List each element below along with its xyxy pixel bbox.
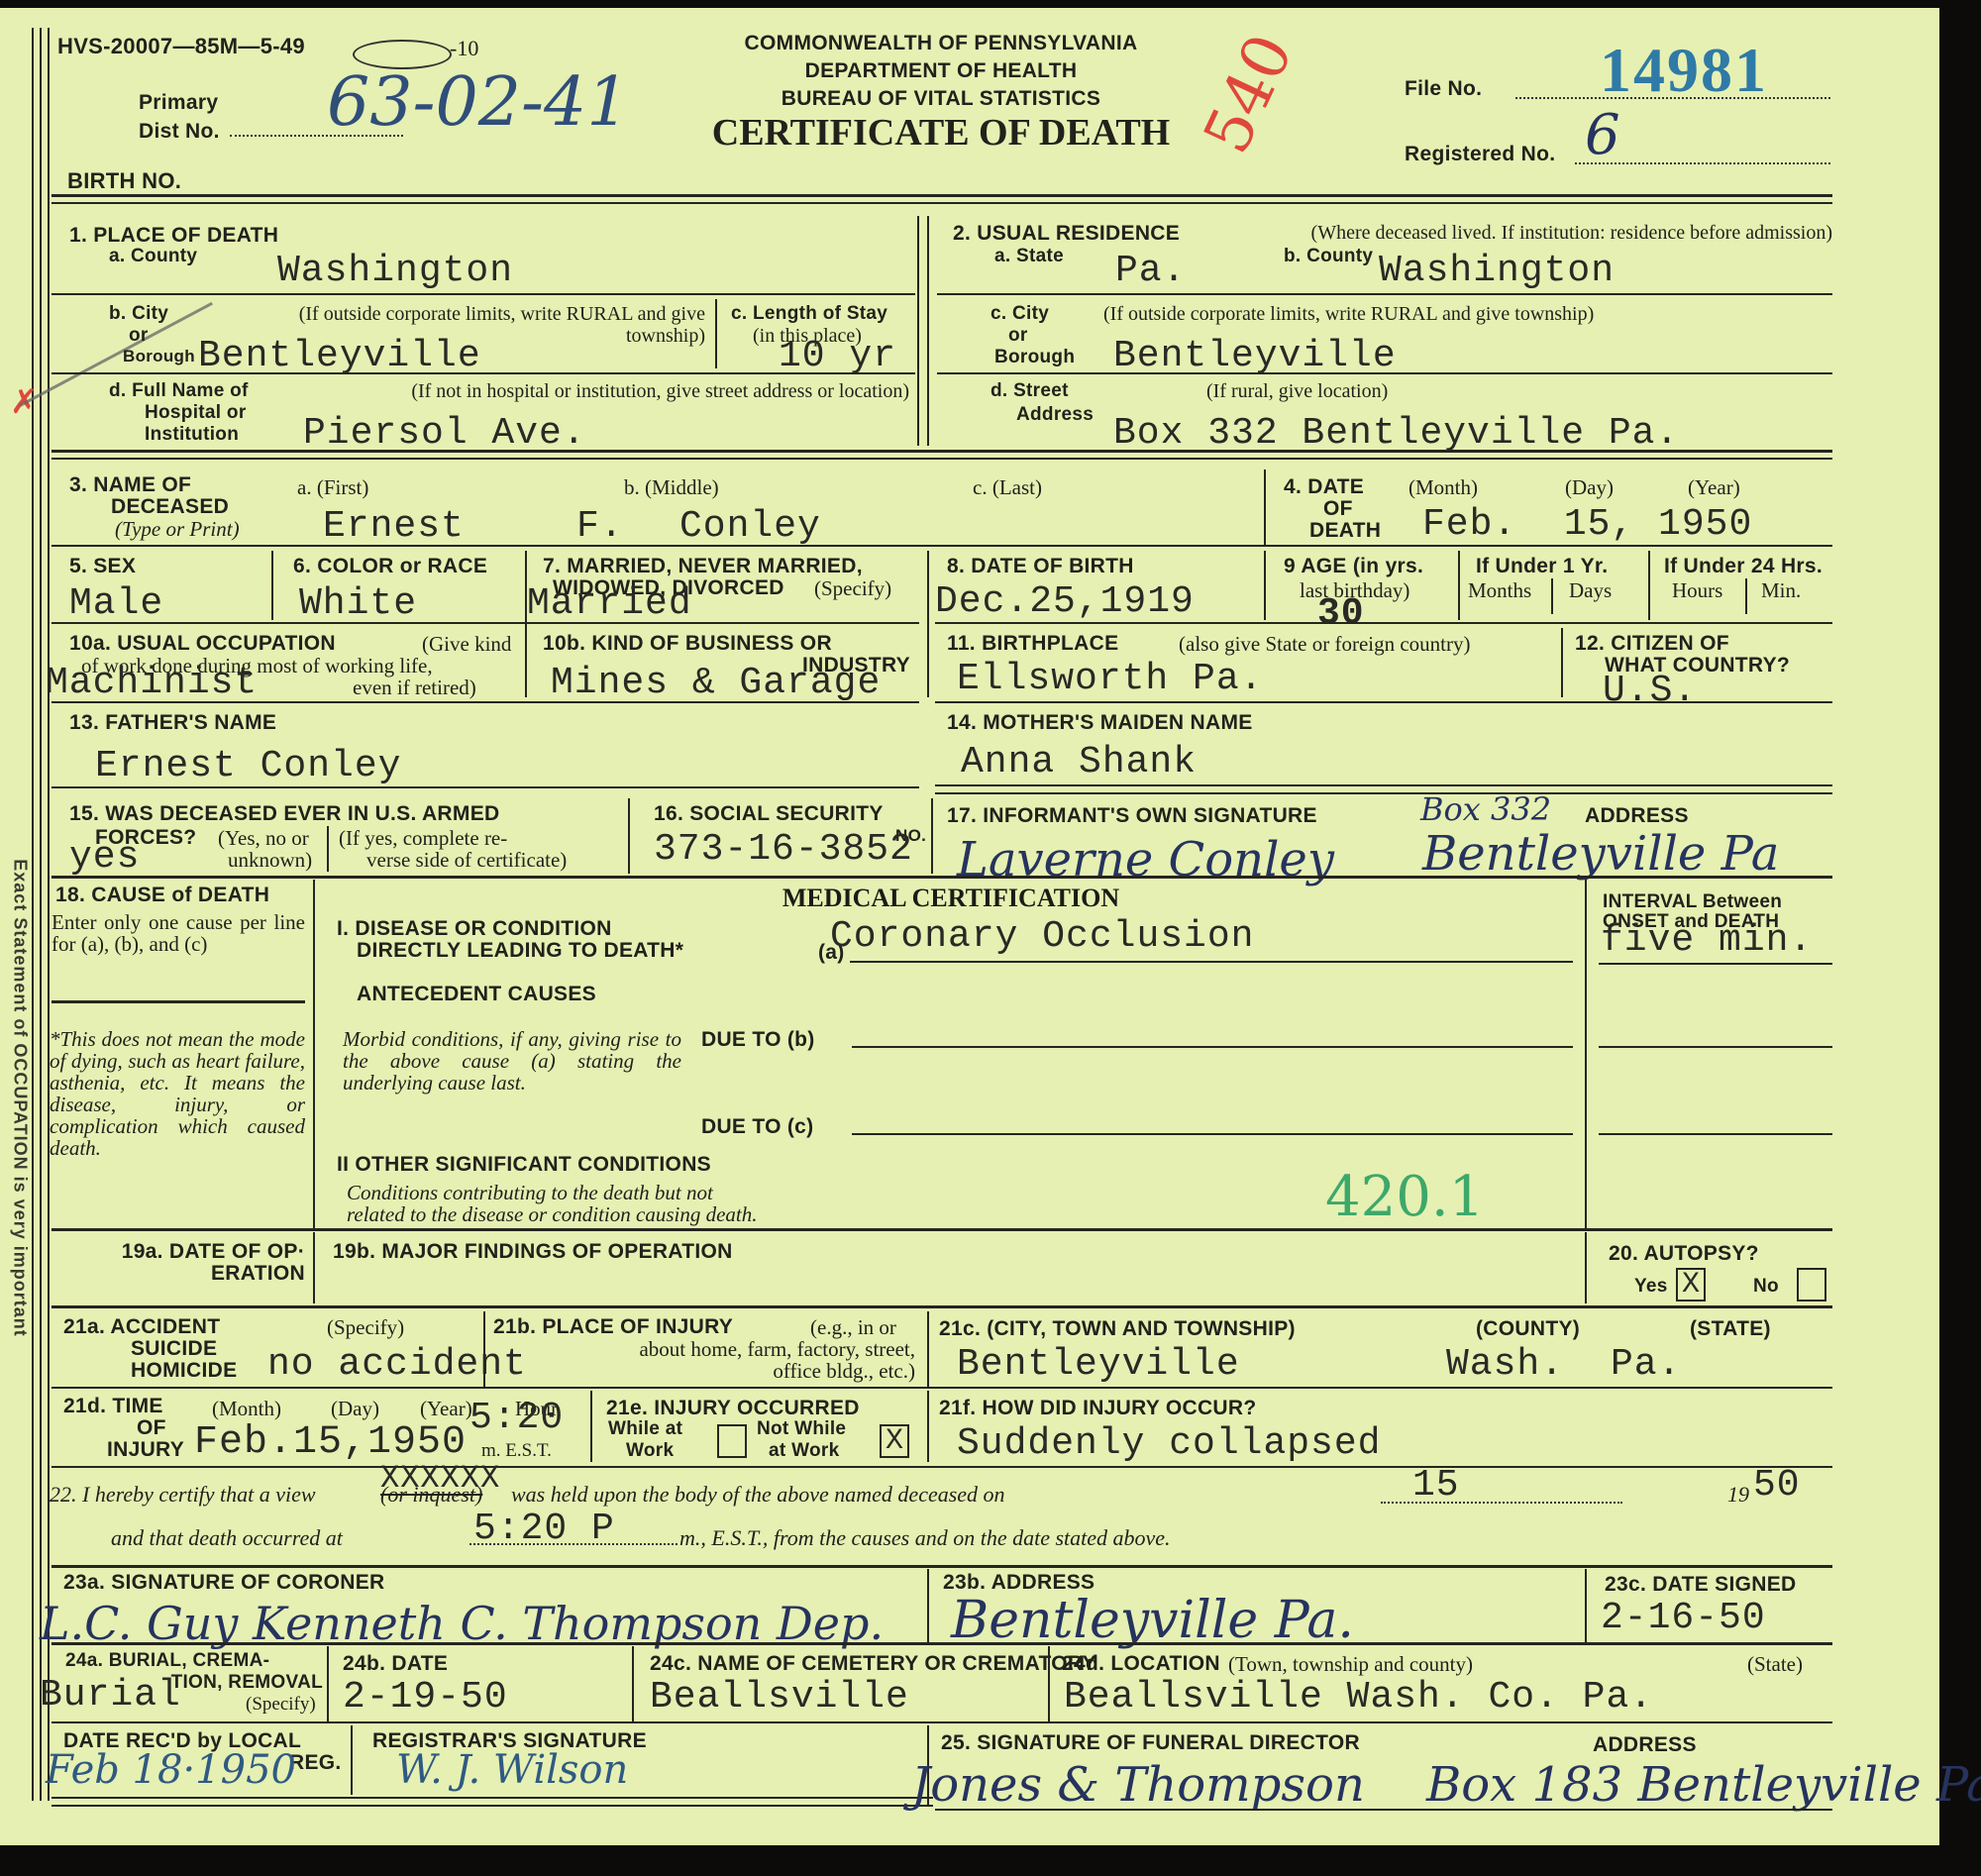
middle-name-label: b. (Middle) [624,475,719,500]
coroner-address[interactable]: Bentleyville Pa. [951,1591,1354,1650]
cause-footnote: *This does not mean the mode of dying, s… [50,1028,305,1159]
cell-divider [1585,1232,1587,1303]
cert-line-1a: 22. I hereby certify that a view [50,1482,316,1508]
antecedent-label: ANTECEDENT CAUSES [357,983,596,1006]
accident-label-2: SUICIDE [131,1337,217,1361]
res-city-hint: (If outside corporate limits, write RURA… [1103,303,1594,326]
injury-county[interactable]: Wash. [1446,1343,1564,1386]
cell-divider [1048,1646,1050,1721]
accident-specify: (Specify) [327,1315,404,1340]
row-rule [52,545,1832,547]
registered-no-label: Registered No. [1405,143,1555,166]
cell-divider [327,1646,329,1721]
cell-divider [931,798,933,874]
dod-label-2: OF [1323,497,1353,521]
autopsy-label: 20. AUTOPSY? [1609,1242,1759,1266]
informant-label: 17. INFORMANT'S OWN SIGNATURE [947,804,1317,828]
row-rule [935,622,1832,624]
while-at-work-checkbox[interactable] [717,1424,747,1458]
cemetery-name[interactable]: Beallsville [650,1676,909,1719]
hospital-label-2: Hospital or [145,402,247,424]
birthplace-hint: (also give State or foreign country) [1179,632,1471,657]
middle-name[interactable]: F. [576,505,624,548]
cell-divider [1648,551,1650,620]
title-line-1: COMMONWEALTH OF PENNSYLVANIA [693,32,1189,55]
injury-date[interactable]: Feb.15,1950 [194,1420,467,1465]
cert-line-1b: was held upon the body of the above name… [511,1482,1005,1508]
date-signed[interactable]: 2-16-50 [1601,1597,1766,1639]
burial-location[interactable]: Beallsville Wash. Co. Pa. [1064,1676,1653,1719]
burial-label-1: 24a. BURIAL, CREMA- [65,1650,269,1672]
autopsy-yes-checkbox[interactable]: X [1676,1268,1706,1302]
occupation-label: 10a. USUAL OCCUPATION [69,632,336,656]
father-label: 13. FATHER'S NAME [69,711,276,735]
row-rule [935,792,1832,794]
col-divider [917,216,919,446]
ssn-label: 16. SOCIAL SECURITY [654,802,884,826]
dod-month-label: (Month) [1408,475,1478,500]
occurred-label: 21e. INJURY OCCURRED [606,1397,860,1420]
cell-divider [927,1391,929,1462]
cell-divider [1745,578,1747,614]
occupation[interactable]: Machinist [46,662,258,704]
armed-hint-2: unknown) [228,848,312,873]
margin-instruction: Exact Statement of OCCUPATION is very im… [10,474,31,1722]
hospital-name[interactable]: Piersol Ave. [303,412,586,455]
cert-day[interactable]: 15 [1412,1464,1460,1507]
marital-specify: (Specify) [814,576,891,601]
title-line-2: DEPARTMENT OF HEALTH [693,59,1189,83]
not-while-label-2: at Work [769,1440,839,1462]
injury-state[interactable]: Pa. [1611,1343,1681,1386]
section-rule [52,1305,1832,1308]
age-value[interactable]: 30 [1317,592,1365,635]
time-day-label: (Day) [331,1397,379,1421]
file-no-label: File No. [1405,77,1482,101]
row-rule [937,372,1832,374]
armed-label-1: 15. WAS DECEASED EVER IN U.S. ARMED [69,802,499,826]
date-of-birth[interactable]: Dec.25,1919 [935,580,1195,623]
cert-line-2a: and that death occurred at [111,1525,343,1551]
time-injury-label-2: OF [137,1416,166,1440]
birthplace-label: 11. BIRTHPLACE [947,632,1118,656]
cell-divider [927,551,929,697]
injury-city[interactable]: Bentleyville [957,1343,1240,1386]
cell-divider [1585,1569,1587,1642]
sex-label: 5. SEX [69,555,136,578]
col-divider [927,216,929,446]
time-injury-label-3: INJURY [107,1438,184,1462]
burial-specify: (Specify) [246,1694,316,1716]
union-suffix: -10 [450,36,478,61]
res-borough-label: Borough [994,347,1075,368]
cause-a-line [850,961,1573,963]
op-findings-label: 19b. MAJOR FINDINGS OF OPERATION [333,1240,733,1264]
cause-a[interactable]: Coronary Occlusion [830,915,1254,958]
informant-signature[interactable]: Laverne Conley [957,832,1334,887]
while-work-label-2: Work [626,1440,674,1462]
cell-divider [1561,628,1563,697]
cell-divider [313,880,315,1228]
res-county-label: b. County [1284,246,1373,267]
location-hint: (Town, township and county) [1228,1652,1473,1677]
row-rule [52,622,919,624]
or-label: or [129,325,149,347]
cell-divider [313,1232,315,1303]
accident-type[interactable]: no accident [267,1343,527,1386]
hospital-label-3: Institution [145,424,239,446]
name-label-1: 3. NAME OF [69,473,191,497]
other-hint-2: related to the disease or condition caus… [347,1202,758,1227]
informant-box: Box 332 [1420,790,1551,828]
cell-divider [715,299,717,368]
cause-hint: Enter only one cause per line for (a), (… [52,911,305,955]
street-label-1: d. Street [990,380,1069,402]
race-value[interactable]: White [299,582,417,625]
cell-divider [927,1569,929,1642]
accident-label-3: HOMICIDE [131,1359,237,1383]
cell-divider [271,551,273,620]
informant-address[interactable]: Bentleyville Pa [1422,826,1779,882]
medical-heading: MEDICAL CERTIFICATION [693,884,1208,913]
margin-rule [48,28,50,1801]
row-rule [935,1809,1832,1811]
red-annotation: 540 [1191,24,1308,164]
row-rule [52,1466,1832,1468]
date-received[interactable]: Feb 18·1950 [46,1747,296,1793]
cell-divider [590,1391,592,1462]
funeral-director-label: 25. SIGNATURE OF FUNERAL DIRECTOR [941,1731,1360,1755]
autopsy-no-checkbox[interactable] [1797,1268,1826,1302]
death-certificate: Exact Statement of OCCUPATION is very im… [0,8,1939,1845]
interval-c-line [1599,1133,1832,1135]
time-month-label: (Month) [212,1397,281,1421]
min-label: Min. [1761,578,1801,603]
section-rule [52,1565,1832,1568]
row-rule [935,784,1832,786]
age-label-1: 9 AGE (in yrs. [1284,555,1423,578]
residence-county[interactable]: Washington [1379,250,1615,292]
funeral-director-address[interactable]: Box 183 Bentleyville Pa. [1426,1757,1981,1813]
interval-a-line [1599,963,1832,965]
funeral-address-label: ADDRESS [1593,1733,1697,1757]
city-label: b. City [109,303,168,325]
row-rule [52,701,919,703]
dist-label: Dist No. [139,120,220,144]
mother-name[interactable]: Anna Shank [961,741,1197,783]
autopsy-no-label: No [1753,1276,1779,1298]
residence-city[interactable]: Bentleyville [1113,335,1397,377]
section-rule [52,450,1832,453]
other-conditions-label: II OTHER SIGNIFICANT CONDITIONS [337,1153,711,1177]
injury-state-label: (STATE) [1690,1317,1771,1341]
last-name-label: c. (Last) [973,475,1042,500]
business[interactable]: Mines & Garage [551,662,881,704]
cause-c-line [852,1133,1573,1135]
interval-b-line [1599,1046,1832,1048]
section-rule [52,1228,1832,1231]
date-recd-label-2: REG. [289,1751,342,1775]
cert-overtype: XXXXXX [380,1460,500,1497]
dod-day-label: (Day) [1565,475,1614,500]
due-to-c: DUE TO (c) [701,1115,813,1139]
header-rule [52,194,1832,197]
birthplace[interactable]: Ellsworth Pa. [957,658,1263,700]
while-work-label-1: While at [608,1418,682,1440]
place-of-death-label: 1. PLACE OF DEATH [69,224,278,248]
cell-divider [927,1311,929,1387]
burial-date[interactable]: 2-19-50 [343,1676,508,1719]
hospital-hint: (If not in hospital or institution, give… [309,380,909,402]
usual-residence-label: 2. USUAL RESIDENCE [953,222,1180,246]
injury-city-label: 21c. (CITY, TOWN AND TOWNSHIP) [939,1317,1296,1341]
interval-label-1: INTERVAL Between [1603,891,1782,913]
stay-label: c. Length of Stay [731,303,887,325]
margin-rule [40,28,42,1801]
section-rule [52,458,1832,460]
not-while-label-1: Not While [757,1418,846,1440]
cell-divider [327,826,329,872]
armed-hint-4: verse side of certificate) [366,848,567,873]
occupation-hint-3: even if retired) [353,676,476,700]
mother-label: 14. MOTHER'S MAIDEN NAME [947,711,1253,735]
hours-label: Hours [1672,578,1722,603]
cert-year-prefix: 19 [1727,1482,1749,1508]
interval-onset[interactable]: five min. [1601,919,1813,962]
borough-label: Borough [123,347,195,366]
row-rule [52,1000,305,1003]
res-or-label: or [1008,325,1028,347]
morbid-hint: Morbid conditions, if any, giving rise t… [343,1028,681,1094]
res-city-label: c. City [990,303,1049,325]
injury-county-label: (COUNTY) [1476,1317,1580,1341]
location-state-label: (State) [1747,1652,1803,1677]
row-rule [52,1797,933,1799]
hospital-label-1: d. Full Name of [109,380,249,402]
accident-label-1: 21a. ACCIDENT [63,1315,220,1339]
informant-address-label: ADDRESS [1585,804,1689,828]
cell-divider [1264,551,1266,620]
first-name[interactable]: Ernest [323,505,465,548]
name-label-3: (Type or Print) [115,517,240,542]
header-rule [52,202,1832,204]
father-name[interactable]: Ernest Conley [95,745,401,787]
registrar-signature[interactable]: W. J. Wilson [396,1747,628,1793]
time-injury-label-1: 21d. TIME [63,1395,163,1418]
cert-year[interactable]: 50 [1753,1464,1801,1507]
birth-no-label: BIRTH NO. [67,168,181,194]
row-rule [52,1721,1832,1723]
row-rule [52,1642,1832,1645]
cell-divider [1458,551,1460,620]
days-label: Days [1569,578,1612,603]
race-label: 6. COLOR or RACE [293,555,487,578]
dod-label-1: 4. DATE [1284,475,1364,499]
street-label-2: Address [1016,404,1094,426]
citizen-label-1: 12. CITIZEN OF [1575,632,1729,656]
row-rule [937,293,1832,295]
under1-label: If Under 1 Yr. [1476,555,1608,578]
cell-divider [1585,880,1587,1228]
file-number: 14981 [1600,34,1768,107]
cert-time[interactable]: 5:20 P [473,1508,615,1550]
how-injury[interactable]: Suddenly collapsed [957,1422,1381,1465]
burial-type[interactable]: Burial [40,1674,181,1717]
length-of-stay[interactable]: 10 yr [779,335,896,377]
business-label-1: 10b. KIND OF BUSINESS OR [543,632,832,656]
row-rule [52,1805,933,1807]
row-rule [52,786,919,788]
disease-label-1: I. DISEASE OR CONDITION [337,917,612,941]
time-year-label: (Year) [420,1397,472,1421]
op-date-label-1: 19a. DATE OF OP· [59,1240,305,1264]
death-county[interactable]: Washington [277,250,513,292]
dod-label-3: DEATH [1309,519,1381,543]
disease-label-2: DIRECTLY LEADING TO DEATH* [357,939,683,963]
dob-label: 8. DATE OF BIRTH [947,555,1134,578]
occupation-hint-1: (Give kind [422,632,511,657]
cell-divider [632,1646,634,1721]
under24-label: If Under 24 Hrs. [1664,555,1823,578]
green-code: 420.1 [1325,1165,1484,1229]
cell-divider [628,798,630,874]
marital-status[interactable]: Married [527,582,692,625]
funeral-director-signature[interactable]: Jones & Thompson [911,1757,1365,1813]
residence-street[interactable]: Box 332 Bentleyville Pa. [1113,412,1679,455]
row-rule [935,701,1832,703]
res-state-label: a. State [994,246,1064,267]
armed-forces[interactable]: yes [69,836,140,879]
cell-divider [1551,578,1553,614]
injury-hour[interactable]: 5:20 [469,1397,564,1439]
date-of-death[interactable]: Feb. 15, 1950 [1422,503,1752,546]
name-label-2: DECEASED [111,495,229,519]
residence-state[interactable]: Pa. [1115,250,1186,292]
cell-divider [1264,469,1266,545]
cell-divider [351,1725,353,1795]
title-line-3: BUREAU OF VITAL STATISTICS [693,87,1189,111]
row-rule [52,293,915,295]
registered-number: 6 [1585,103,1620,167]
autopsy-yes-label: Yes [1634,1276,1668,1298]
row-rule [52,372,915,374]
county-label: a. County [109,246,197,267]
death-city[interactable]: Bentleyville [198,335,481,377]
how-injury-label: 21f. HOW DID INJURY OCCUR? [939,1397,1257,1420]
form-code: HVS-20007—85M—5-49 [57,34,305,59]
marital-label-1: 7. MARRIED, NEVER MARRIED, [543,555,863,578]
row-rule [52,1387,1832,1389]
place-injury-hint-3: office bldg., etc.) [693,1359,915,1384]
dist-number: 63-02-41 [327,63,630,142]
date-signed-label: 23c. DATE SIGNED [1605,1573,1796,1597]
dod-year-label: (Year) [1688,475,1740,500]
burial-date-label: 24b. DATE [343,1652,448,1676]
residence-hint: (Where deceased lived. If institution: r… [1244,222,1832,244]
coroner-sig-label: 23a. SIGNATURE OF CORONER [63,1571,385,1595]
section-rule [52,876,1832,879]
cell-divider [483,1311,485,1387]
op-date-label-2: ERATION [59,1262,305,1286]
location-label: 24d. LOCATION [1062,1652,1220,1676]
sex-value[interactable]: Male [69,582,163,625]
first-name-label: a. (First) [297,475,368,500]
citizenship[interactable]: U.S. [1603,670,1697,712]
social-security-number[interactable]: 373-16-3852 [654,828,913,871]
cemetery-label: 24c. NAME OF CEMETERY OR CREMATORY [650,1652,1096,1676]
margin-rule [32,28,34,1801]
due-to-b: DUE TO (b) [701,1028,815,1052]
primary-label: Primary [139,91,218,115]
page-title: CERTIFICATE OF DEATH [693,111,1189,155]
est-label: m. E.S.T. [481,1440,552,1462]
place-injury-label: 21b. PLACE OF INJURY [493,1315,733,1339]
last-name[interactable]: Conley [679,505,821,548]
cause-b-line [852,1046,1573,1048]
cause-label: 18. CAUSE of DEATH [55,884,269,907]
not-while-at-work-checkbox[interactable]: X [880,1424,909,1458]
cert-line-2b: m., E.S.T., from the causes and on the d… [679,1525,1171,1551]
months-label: Months [1468,578,1531,603]
street-hint: (If rural, give location) [1206,380,1388,403]
